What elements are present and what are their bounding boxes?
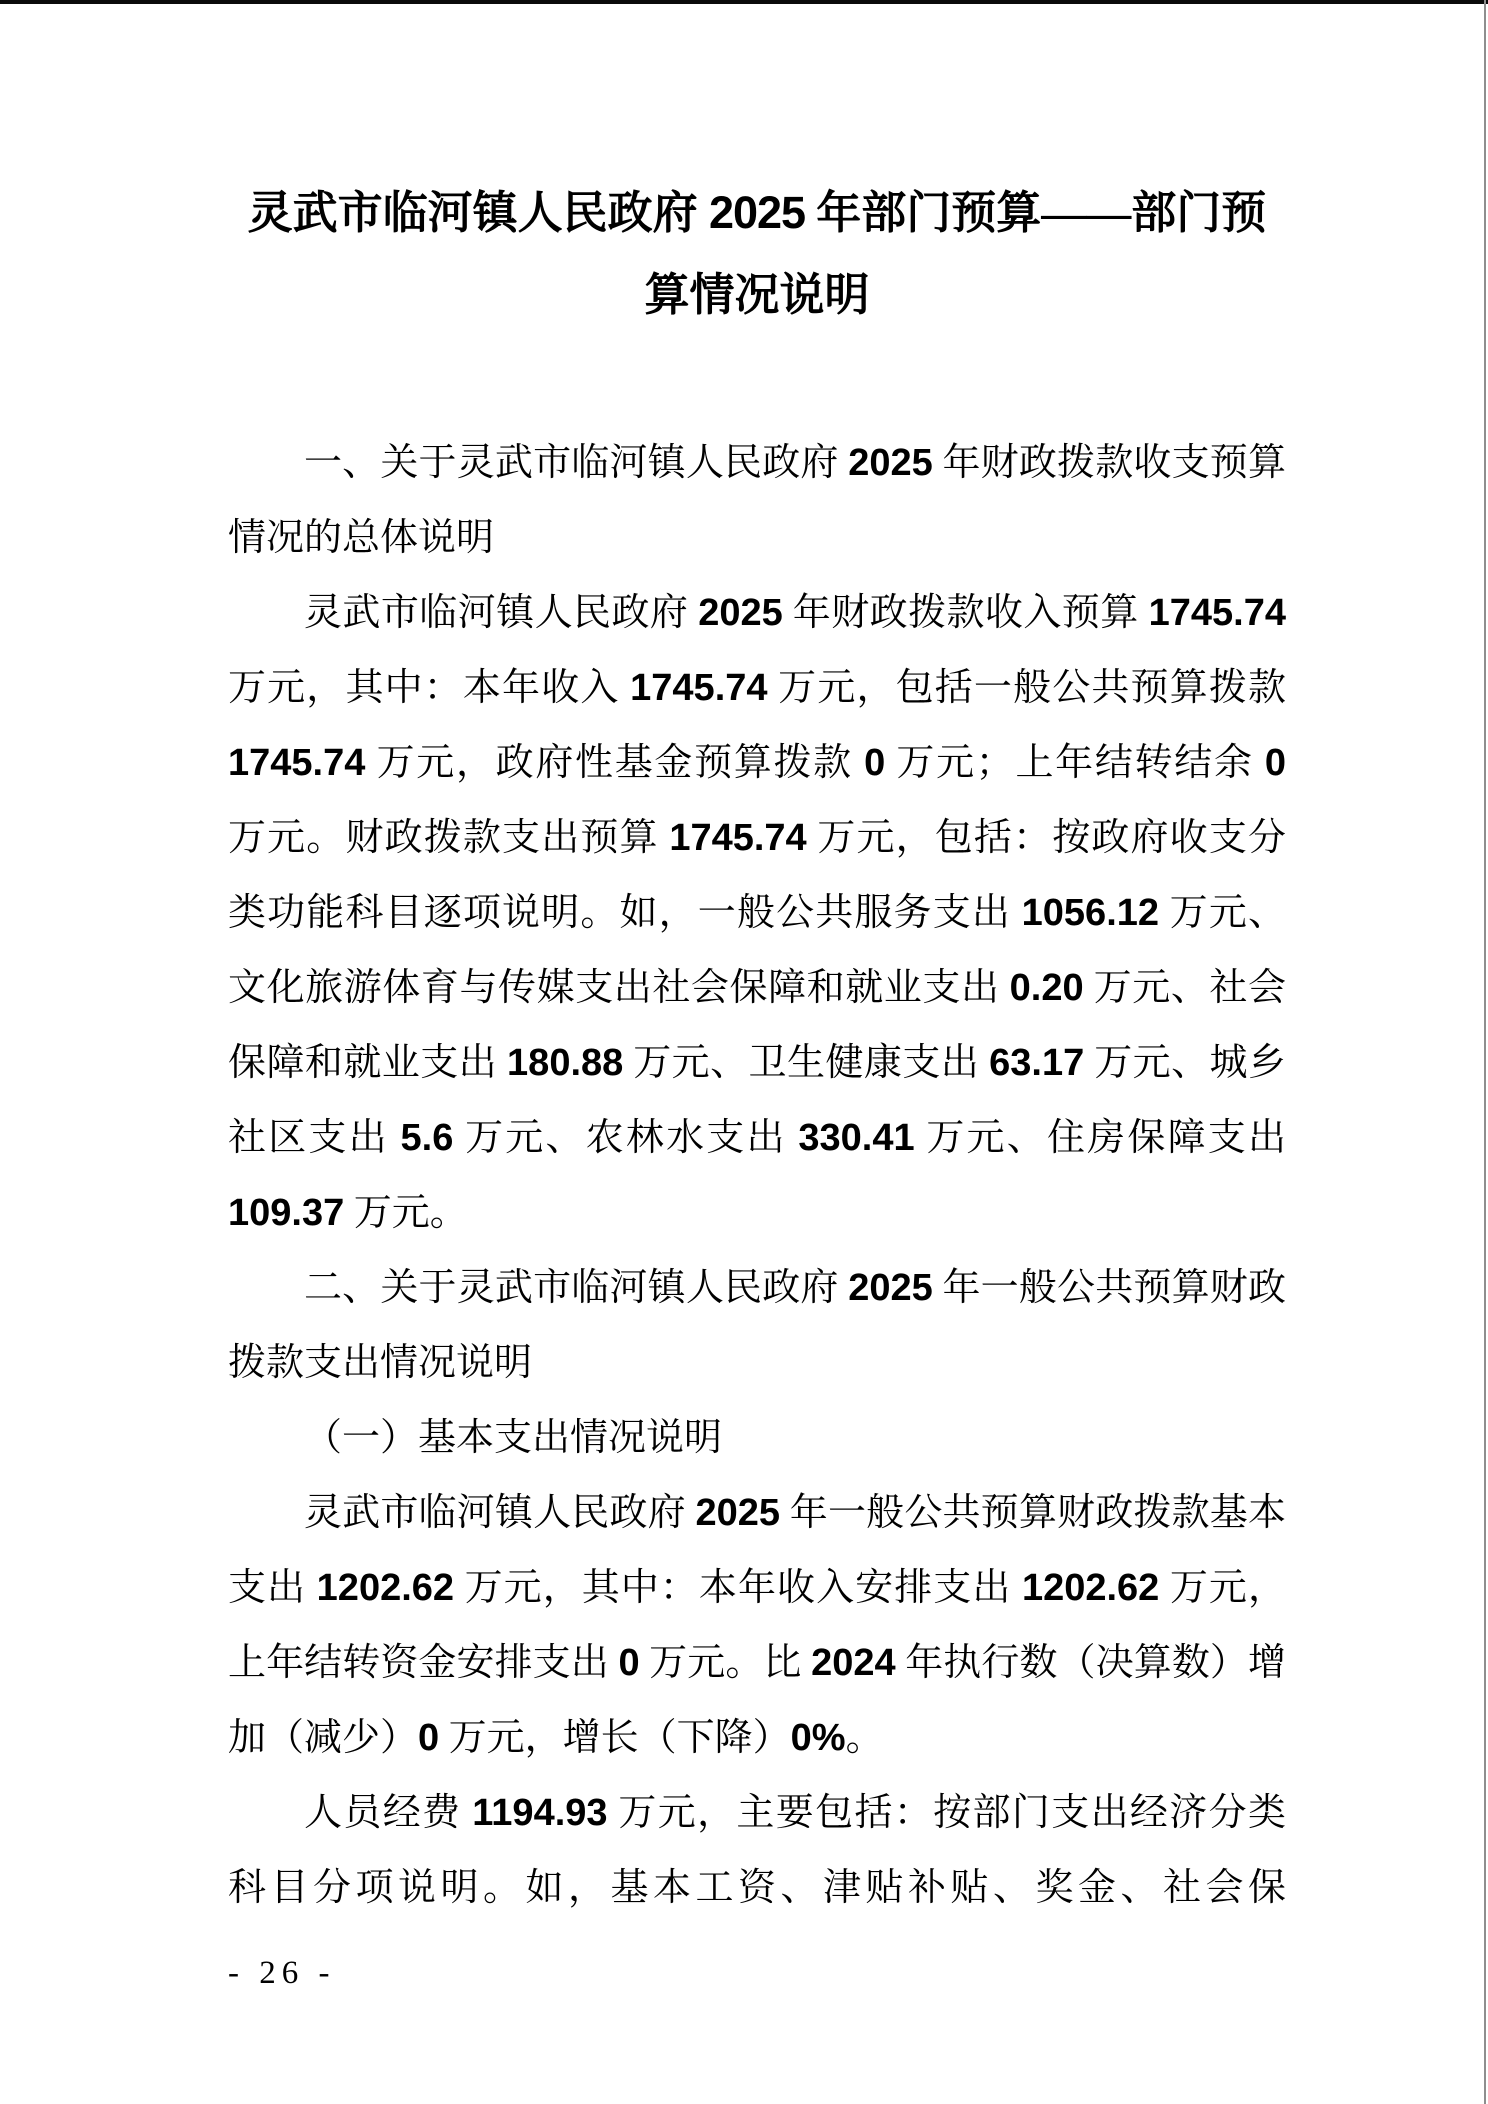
title-line-1: 灵武市临河镇人民政府 2025 年部门预算——部门预	[228, 172, 1286, 254]
title-line-2: 算情况说明	[228, 254, 1286, 336]
number: 0%	[791, 1717, 846, 1759]
document-page: 灵武市临河镇人民政府 2025 年部门预算——部门预 算情况说明 一、关于灵武市…	[0, 0, 1488, 2104]
paragraph-section-2-heading: 二、关于灵武市临河镇人民政府 2025 年一般公共预算财政拨款支出情况说明	[228, 1251, 1286, 1401]
paragraph-section-1-heading: 一、关于灵武市临河镇人民政府 2025 年财政拨款收支预算情况的总体说明	[228, 426, 1286, 576]
number: 109.37	[228, 1192, 344, 1234]
number: 63.17	[989, 1042, 1084, 1084]
paragraph-subsection-heading: （一）基本支出情况说明	[228, 1401, 1286, 1476]
number: 0	[1265, 742, 1286, 784]
number: 1194.93	[472, 1792, 607, 1834]
number: 0.20	[1010, 967, 1084, 1009]
number: 2025	[709, 187, 805, 238]
number: 330.41	[798, 1117, 914, 1159]
page-edge-line	[1484, 0, 1486, 2104]
number: 2025	[848, 1267, 933, 1309]
number: 2025	[848, 442, 933, 484]
document-body: 一、关于灵武市临河镇人民政府 2025 年财政拨款收支预算情况的总体说明 灵武市…	[228, 426, 1286, 1926]
paragraph-basic-expenditure: 灵武市临河镇人民政府 2025 年一般公共预算财政拨款基本支出 1202.62 …	[228, 1476, 1286, 1776]
number: 0	[864, 742, 885, 784]
paragraph-personnel-funds: 人员经费 1194.93 万元，主要包括：按部门支出经济分类科目分项说明。如，基…	[228, 1776, 1286, 1926]
number: 0	[418, 1717, 439, 1759]
number: 1745.74	[630, 667, 767, 709]
paragraph-overall-budget: 灵武市临河镇人民政府 2025 年财政拨款收入预算 1745.74 万元，其中：…	[228, 576, 1286, 1251]
page-content: 灵武市临河镇人民政府 2025 年部门预算——部门预 算情况说明 一、关于灵武市…	[228, 0, 1286, 1926]
number: 0	[618, 1642, 639, 1684]
document-title: 灵武市临河镇人民政府 2025 年部门预算——部门预 算情况说明	[228, 0, 1286, 336]
number: 2025	[696, 1492, 781, 1534]
number: 1745.74	[669, 817, 806, 859]
number: 5.6	[401, 1117, 454, 1159]
number: 1202.62	[1022, 1567, 1159, 1609]
number: 1056.12	[1022, 892, 1159, 934]
number: 2025	[698, 592, 783, 634]
number: 1745.74	[228, 742, 365, 784]
page-number: - 26 -	[228, 1950, 335, 1996]
number: 1202.62	[317, 1567, 454, 1609]
number: 180.88	[507, 1042, 623, 1084]
number: 2024	[811, 1642, 896, 1684]
number: 1745.74	[1149, 592, 1286, 634]
